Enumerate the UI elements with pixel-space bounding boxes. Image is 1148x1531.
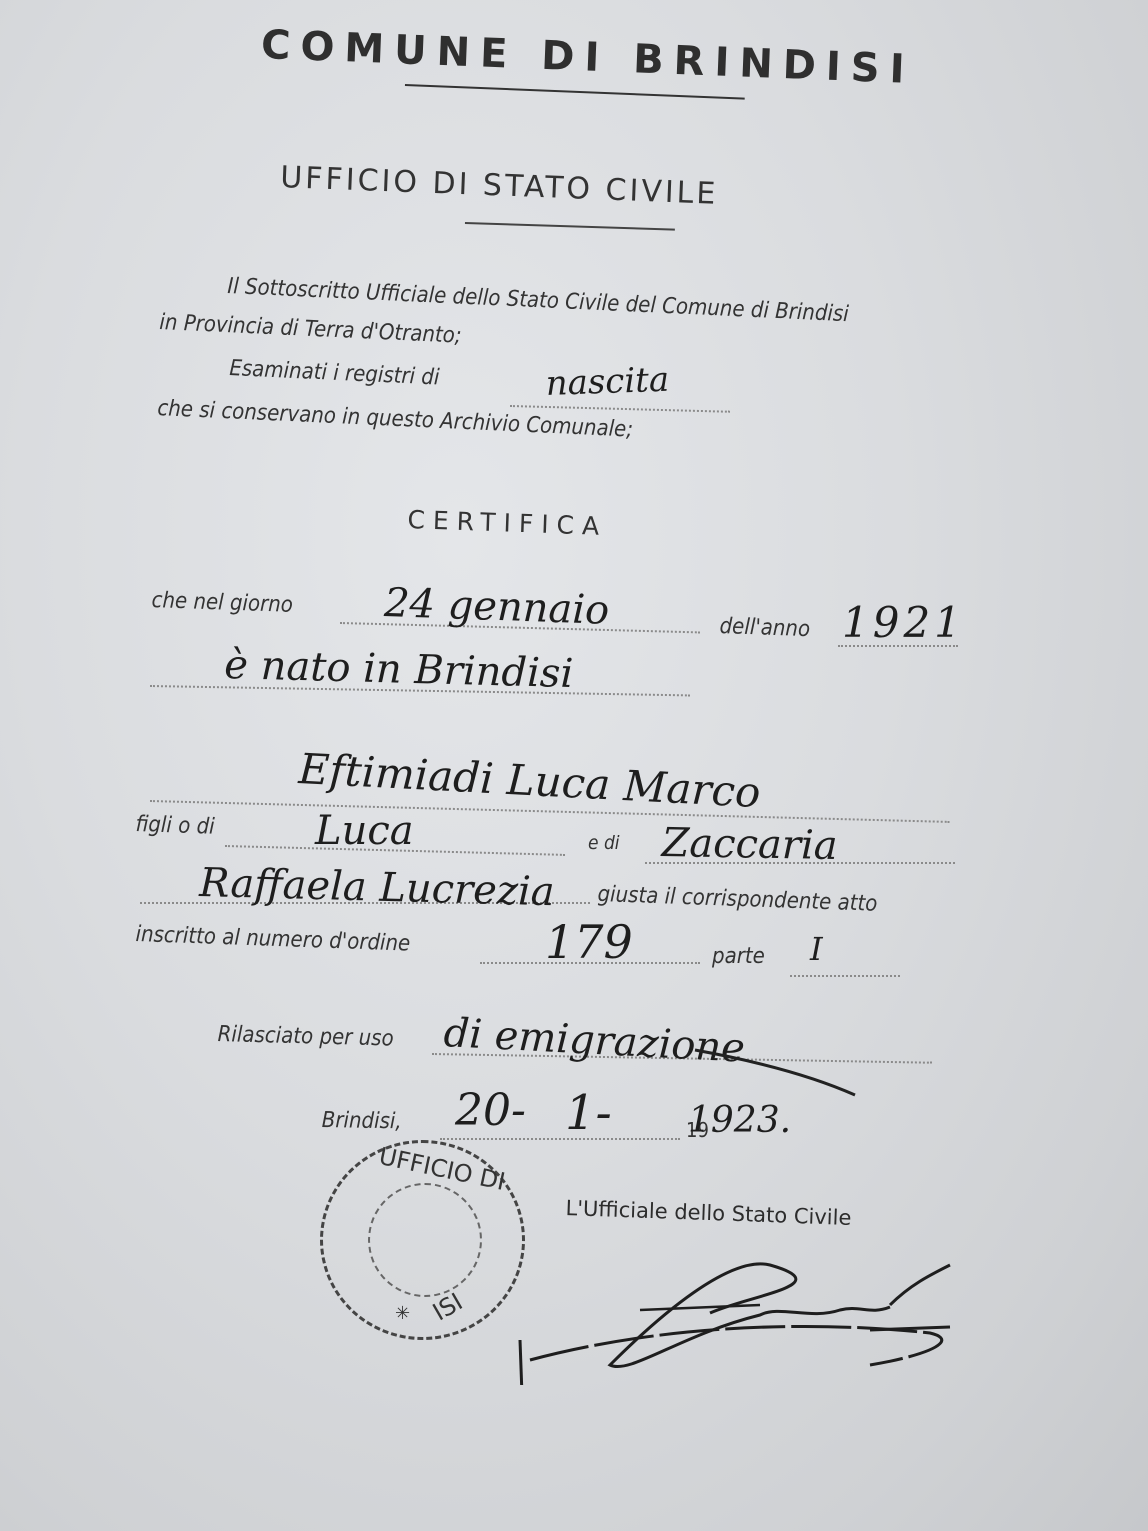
registers-value: nascita	[545, 360, 670, 404]
order-label: inscritto al numero d'ordine	[135, 922, 411, 957]
born-value: è nato in Brindisi	[224, 642, 574, 697]
use-label: Rilasciato per uso	[217, 1022, 394, 1052]
stamp-inner-ring	[368, 1183, 482, 1297]
date-day: 20-	[455, 1085, 526, 1136]
mother-name: Raffaela Lucrezia	[199, 860, 555, 915]
date-dotted-line	[440, 1138, 680, 1140]
mother-surname: Zaccaria	[661, 820, 838, 869]
municipality-title: COMUNE DI BRINDISI	[260, 22, 915, 93]
office-underline	[465, 222, 675, 231]
mother-label: e di	[588, 832, 620, 854]
certifica-heading: CERTIFICA	[407, 505, 608, 541]
flourish-line	[690, 1040, 860, 1100]
signature-scribble	[510, 1225, 960, 1385]
part-value: I	[810, 930, 823, 968]
year-label: dell'anno	[719, 614, 810, 642]
order-value: 179	[545, 915, 633, 969]
day-value: 24 gennaio	[383, 580, 610, 634]
preamble-line-2: in Provincia di Terra d'Otranto;	[159, 310, 462, 349]
date-month: 1-	[565, 1085, 612, 1141]
place-label: Brindisi,	[322, 1108, 402, 1134]
act-label: giusta il corrispondente atto	[597, 882, 878, 917]
part-dotted-line	[790, 975, 900, 977]
year-value: 1921	[842, 598, 965, 647]
part-label: parte	[712, 944, 765, 969]
office-title: UFFICIO DI STATO CIVILE	[280, 160, 719, 212]
official-stamp: UFFICIO DI ISI ✳	[320, 1140, 525, 1340]
date-year: 1923.	[688, 1100, 791, 1141]
day-label: che nel giorno	[151, 588, 293, 618]
title-underline	[405, 84, 745, 100]
registers-label: Esaminati i registri di	[229, 356, 440, 391]
father-value: Luca	[315, 808, 414, 854]
father-label: figli o di	[135, 812, 215, 840]
star-icon: ✳	[395, 1303, 410, 1324]
registers-dotted-line	[510, 405, 730, 413]
